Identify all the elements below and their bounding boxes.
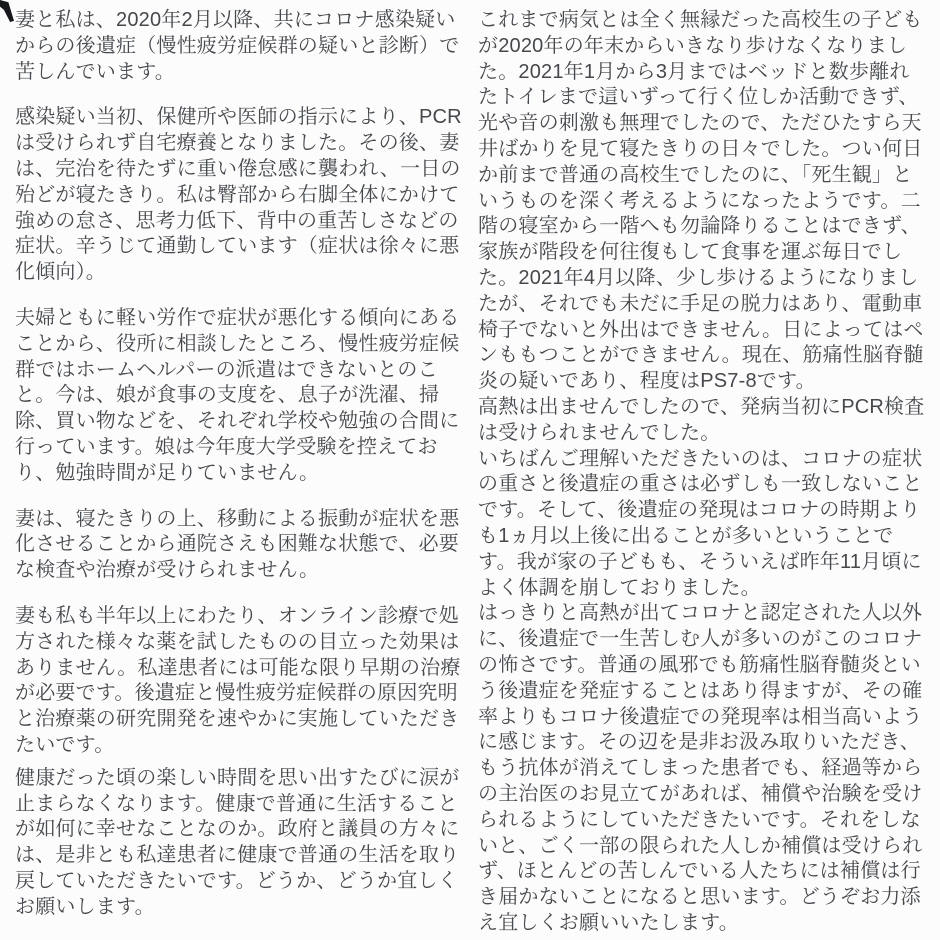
text-line: 殆どが寝たきり。私は臀部から右脚全体にかけて [15,183,461,209]
text-line: 井ばかりを見て寝たきりの日々でした。つい何日 [478,137,930,163]
text-line: た。2021年4月以降、少し歩けるようになりまし [478,266,930,292]
text-line: と。今は、娘が食事の支度を、息子が洗濯、掃 [15,383,461,409]
text-line: です。そして、後遺症の発現はコロナの時期より [478,498,930,524]
text-line: は受けられませんでした。 [478,421,930,447]
text-line: た。2021年1月から3月まではベッドと数歩離れ [478,60,930,86]
paragraph: 妻も私も半年以上にわたり、オンライン診療で処方された様々な薬を試したものの目立っ… [15,604,461,759]
text-line: 強めの怠さ、思考力低下、背中の重苦しさなどの [15,209,461,235]
text-line: 炎の疑いであり、程度はPS7-8です。 [478,369,930,395]
right-testimonial-column: これまで病気とは全く無縁だった高校生の子どもが2020年の年末からいきなり歩けな… [478,8,930,937]
text-line: は受けられず自宅療養となりました。その後、妻 [15,131,461,157]
text-line: たトイレまで這いずって行く位しか活動できず、 [478,85,930,111]
text-line: 戻していただきたいです。どうか、どうか宜しく [15,869,461,895]
corner-ink-mark-icon [0,0,14,22]
text-line: 行っています。娘は今年度大学受験を控えてお [15,435,461,461]
text-line: ありません。私達患者には可能な限り早期の治療 [15,656,461,682]
text-line: に感じます。その辺を是非お汲み取りいただき、 [478,730,930,756]
text-line: え宜しくお願いいたします。 [478,911,930,937]
text-line: ンももつことができません。現在、筋痛性脳脊髄 [478,343,930,369]
text-line: 感染疑い当初、保健所や医師の指示により、PCR [15,105,461,131]
text-line: 光や音の刺激も無理でしたので、ただひたすら天 [478,111,930,137]
text-line: な検査や治療が受けられません。 [15,558,461,584]
text-line: お願いします。 [15,895,461,921]
text-line: られるようにしていただきたいです。それをしな [478,808,930,834]
text-line: はっきりと高熱が出てコロナと認定された人以外 [478,601,930,627]
text-line: に、後遺症で一生苦しむ人が多いのがこのコロナ [478,627,930,653]
paragraph: いちばんご理解いただきたいのは、コロナの症状の重さと後遺症の重さは必ずしも一致し… [478,447,930,602]
text-line: が必要です。後遺症と慢性疲労症候群の原因究明 [15,681,461,707]
text-line: たが、それでも未だに手足の脱力はあり、電動車 [478,292,930,318]
text-line: 率よりもコロナ後遺症での発現率は相当高いよう [478,705,930,731]
text-line: からの後遺症（慢性疲労症候群の疑いと診断）で [15,34,461,60]
text-line: 症状。辛うじて通勤しています（症状は徐々に悪 [15,234,461,260]
text-line: 椅子でないと外出はできません。日によってはペ [478,318,930,344]
text-line: 高熱は出ませんでしたので、発病当初にPCR検査 [478,395,930,421]
text-line: も1ヵ月以上後に出ることが多いということで [478,524,930,550]
text-line: 階の寝室から一階へも勿論降りることはできず、 [478,214,930,240]
testimonial-document-page: 妻と私は、2020年2月以降、共にコロナ感染疑いからの後遺症（慢性疲労症候群の疑… [0,0,940,940]
paragraph: 健康だった頃の楽しい時間を思い出すたびに涙が止まらなくなります。健康で普通に生活… [15,766,461,921]
paragraph: はっきりと高熱が出てコロナと認定された人以外に、後遺症で一生苦しむ人が多いのがこ… [478,601,930,936]
text-line: 除、買い物などを、それぞれ学校や勉強の合間に [15,409,461,435]
text-line: 群ではホームヘルパーの派遣はできないとのこ [15,358,461,384]
text-line: 化させることから通院さえも困難な状態で、必要 [15,532,461,558]
text-line: 健康だった頃の楽しい時間を思い出すたびに涙が [15,766,461,792]
text-line: 家族が階段を何往復もして食事を運ぶ毎日でし [478,240,930,266]
text-line: 妻と私は、2020年2月以降、共にコロナ感染疑い [15,8,461,34]
text-line: ことから、役所に相談したところ、慢性疲労症候 [15,332,461,358]
text-line: 妻は、寝たきりの上、移動による振動が症状を悪 [15,507,461,533]
text-line: 苦しんでいます。 [15,60,461,86]
text-line: の重さと後遺症の重さは必ずしも一致しないこと [478,472,930,498]
text-line: 方された様々な薬を試したものの目立った効果は [15,630,461,656]
text-line: 止まらなくなります。健康で普通に生活すること [15,792,461,818]
text-line: が2020年の年末からいきなり歩けなくなりまし [478,34,930,60]
text-line: と治療薬の研究開発を速やかに実施していただき [15,707,461,733]
paragraph: 妻と私は、2020年2月以降、共にコロナ感染疑いからの後遺症（慢性疲労症候群の疑… [15,8,461,85]
paragraph: 夫婦ともに軽い労作で症状が悪化する傾向にあることから、役所に相談したところ、慢性… [15,306,461,487]
text-line: り、勉強時間が足りていません。 [15,461,461,487]
text-line: ず、ほとんどの苦しんでいる人たちには補償は行 [478,859,930,885]
text-line: たいです。 [15,733,461,759]
text-line: が如何に幸せなことなのか。政府と議員の方々に [15,817,461,843]
paragraph: 感染疑い当初、保健所や医師の指示により、PCRは受けられず自宅療養となりました。… [15,105,461,286]
text-line: の主治医のお見立てがあれば、補償や治験を受け [478,782,930,808]
paragraph: 高熱は出ませんでしたので、発病当初にPCR検査は受けられませんでした。 [478,395,930,447]
text-line: いちばんご理解いただきたいのは、コロナの症状 [478,447,930,473]
paragraph: 妻は、寝たきりの上、移動による振動が症状を悪化させることから通院さえも困難な状態… [15,507,461,584]
text-line: の怖さです。普通の風邪でも筋痛性脳脊髄炎とい [478,653,930,679]
text-line: よく体調を崩しておりました。 [478,576,930,602]
text-line: 化傾向）。 [15,260,461,286]
text-line: 妻も私も半年以上にわたり、オンライン診療で処 [15,604,461,630]
text-line: う後遺症を発症することはあり得ますが、その確 [478,679,930,705]
text-line: いと、ごく一部の限られた人しか補償は受けられ [478,834,930,860]
text-line: き届かないことになると思います。どうぞお力添 [478,885,930,911]
text-line: もう抗体が消えてしまった患者でも、経過等から [478,756,930,782]
text-line: これまで病気とは全く無縁だった高校生の子ども [478,8,930,34]
text-line: は、完治を待たずに重い倦怠感に襲われ、一日の [15,157,461,183]
text-line: は、是非とも私達患者に健康で普通の生活を取り [15,843,461,869]
text-line: 夫婦ともに軽い労作で症状が悪化する傾向にある [15,306,461,332]
left-testimonial-column: 妻と私は、2020年2月以降、共にコロナ感染疑いからの後遺症（慢性疲労症候群の疑… [15,8,461,921]
paragraph: これまで病気とは全く無縁だった高校生の子どもが2020年の年末からいきなり歩けな… [478,8,930,395]
text-line: か前まで普通の高校生でしたのに、「死生観」と [478,163,930,189]
text-line: いうものを深く考えるようになったようです。二 [478,189,930,215]
text-line: す。我が家の子どもも、そういえば昨年11月頃に [478,550,930,576]
